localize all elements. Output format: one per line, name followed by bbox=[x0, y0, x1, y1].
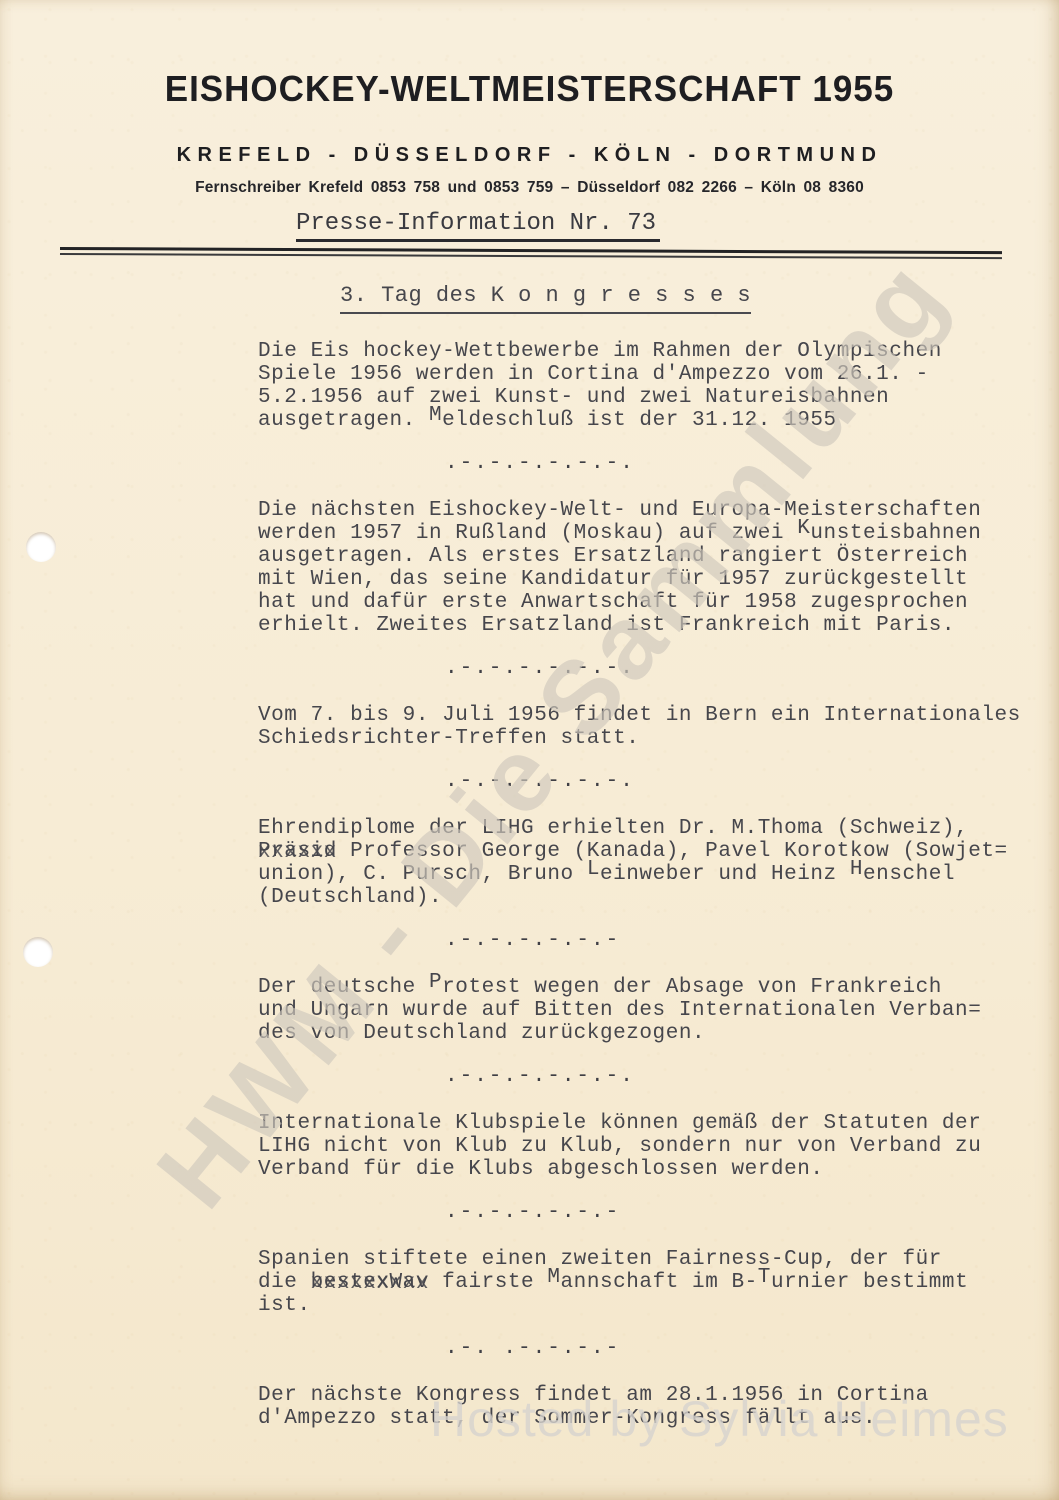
paragraph: Spanien stiftete einen zweiten Fairness-… bbox=[258, 1248, 1058, 1317]
text-line: Verband für die Klubs abgeschlossen werd… bbox=[258, 1158, 1058, 1181]
text-line: Ehrendiplome der LIHG erhielten Dr. M.Th… bbox=[258, 817, 1058, 840]
text-line: Der nächste Kongress findet am 28.1.1956… bbox=[258, 1384, 1058, 1407]
section-divider: .-.-.-.-.-.-. bbox=[445, 770, 1058, 793]
text-line: ausgetragen. Als erstes Ersatzland rangi… bbox=[258, 545, 1058, 568]
section-divider: .-.-.-.-.-.-. bbox=[445, 452, 1058, 475]
letterhead-title: EISHOCKEY-WELTMEISTERSCHAFT 1955 bbox=[0, 70, 1059, 111]
text-line: und Ungarn wurde auf Bitten des Internat… bbox=[258, 999, 1058, 1022]
text-line: d'Ampezzo statt, der Sommer-Kongress fäl… bbox=[258, 1407, 1058, 1430]
punch-hole-top bbox=[26, 532, 56, 562]
section-heading: 3. Tag des K o n g r e s s e s bbox=[340, 283, 751, 314]
section-divider: .-.-.-.-.-.- bbox=[445, 929, 1058, 952]
paragraph: Die Eis hockey-Wettbewerbe im Rahmen der… bbox=[258, 340, 1058, 432]
rule-thin bbox=[60, 253, 1002, 259]
paragraph: Internationale Klubspiele können gemäß d… bbox=[258, 1112, 1058, 1181]
text-line: erhielt. Zweites Ersatzland ist Frankrei… bbox=[258, 614, 1058, 637]
letterhead-double-rule bbox=[60, 247, 1002, 259]
text-line: die bestexWavxxxxxxxxx fairste Mannschaf… bbox=[258, 1271, 1058, 1294]
text-line: LIHG nicht von Klub zu Klub, sondern nur… bbox=[258, 1135, 1058, 1158]
paragraph: Ehrendiplome der LIHG erhielten Dr. M.Th… bbox=[258, 817, 1058, 909]
text-line: (Deutschland). bbox=[258, 886, 1058, 909]
letterhead-telex-line: Fernschreiber Krefeld 0853 758 und 0853 … bbox=[0, 179, 1059, 197]
overtyped-word: bestexWavxxxxxxxxx bbox=[311, 1271, 429, 1294]
section-divider: .-. .-.-.-.- bbox=[445, 1337, 1058, 1360]
text-line: Internationale Klubspiele können gemäß d… bbox=[258, 1112, 1058, 1135]
text-line: Spiele 1956 werden in Cortina d'Ampezzo … bbox=[258, 363, 1058, 386]
text-line: Spanien stiftete einen zweiten Fairness-… bbox=[258, 1248, 1058, 1271]
paragraph: Die nächsten Eishockey-Welt- und Europa-… bbox=[258, 499, 1058, 637]
text-line: des von Deutschland zurückgezogen. bbox=[258, 1022, 1058, 1045]
overtyped-word: Präsidxxxxxx bbox=[258, 840, 337, 863]
document-flow: Die Eis hockey-Wettbewerbe im Rahmen der… bbox=[258, 340, 1058, 1430]
paragraph: Der nächste Kongress findet am 28.1.1956… bbox=[258, 1384, 1058, 1430]
section-divider: .-.-.-.-.-.-. bbox=[445, 657, 1058, 680]
paragraph: Der deutsche Protest wegen der Absage vo… bbox=[258, 976, 1058, 1045]
text-line: union), C. Pursch, Bruno Leinweber und H… bbox=[258, 863, 1058, 886]
text-line: hat und dafür erste Anwartschaft für 195… bbox=[258, 591, 1058, 614]
text-line: ausgetragen. Meldeschluß ist der 31.12. … bbox=[258, 409, 1058, 432]
text-line: mit Wien, das seine Kandidatur für 1957 … bbox=[258, 568, 1058, 591]
press-information-number: Presse-Information Nr. 73 bbox=[296, 210, 660, 242]
letterhead-cities: KREFELD - DÜSSELDORF - KÖLN - DORTMUND bbox=[0, 144, 1059, 167]
section-divider: .-.-.-.-.-.-. bbox=[445, 1065, 1058, 1088]
scanned-press-release-page: EISHOCKEY-WELTMEISTERSCHAFT 1955 KREFELD… bbox=[0, 0, 1059, 1500]
text-line: Präsidxxxxxx Professor George (Kanada), … bbox=[258, 840, 1058, 863]
text-line: Der deutsche Protest wegen der Absage vo… bbox=[258, 976, 1058, 999]
punch-hole-bottom bbox=[23, 937, 53, 967]
text-line: ist. bbox=[258, 1294, 1058, 1317]
paragraph: Vom 7. bis 9. Juli 1956 findet in Bern e… bbox=[258, 704, 1058, 750]
section-divider: .-.-.-.-.-.- bbox=[445, 1201, 1058, 1224]
text-line: Schiedsrichter-Treffen statt. bbox=[258, 727, 1058, 750]
text-line: Vom 7. bis 9. Juli 1956 findet in Bern e… bbox=[258, 704, 1058, 727]
text-line: werden 1957 in Rußland (Moskau) auf zwei… bbox=[258, 522, 1058, 545]
text-line: Die nächsten Eishockey-Welt- und Europa-… bbox=[258, 499, 1058, 522]
text-line: 5.2.1956 auf zwei Kunst- und zwei Nature… bbox=[258, 386, 1058, 409]
text-line: Die Eis hockey-Wettbewerbe im Rahmen der… bbox=[258, 340, 1058, 363]
